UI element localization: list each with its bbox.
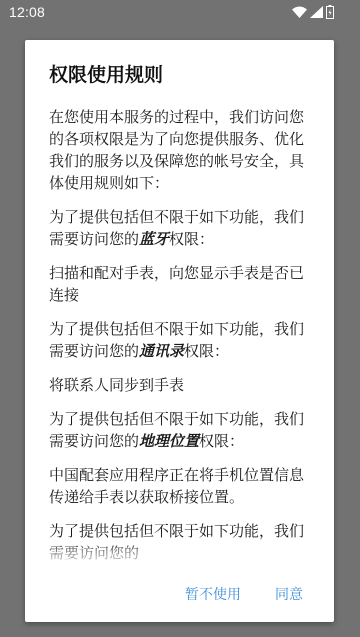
permission-description-location: 中国配套应用程序正在将手机位置信息传递给手表以获取桥接位置。 [49, 464, 315, 508]
permission-name: 蓝牙 [139, 230, 169, 248]
permission-request-contacts: 为了提供包括但不限于如下功能，我们需要访问您的通讯录权限： [49, 318, 315, 362]
intro-text: 在您使用本服务的过程中，我们访问您的各项权限是为了向您提供服务、优化我们的服务以… [49, 106, 315, 194]
status-time: 12:08 [9, 4, 45, 20]
signal-icon [310, 6, 323, 18]
permission-description-bluetooth: 扫描和配对手表，向您显示手表是否已连接 [49, 262, 315, 306]
permission-request-bluetooth: 为了提供包括但不限于如下功能，我们需要访问您的蓝牙权限： [49, 206, 315, 250]
permission-description-contacts: 将联系人同步到手表 [49, 374, 315, 396]
dialog-actions: 暂不使用 同意 [25, 576, 334, 608]
dialog-title: 权限使用规则 [49, 60, 163, 87]
scroll-fade [25, 540, 334, 580]
battery-charging-icon [326, 5, 334, 19]
wifi-icon [292, 6, 307, 18]
agree-button[interactable]: 同意 [275, 580, 303, 608]
permission-name: 通讯录 [139, 342, 184, 360]
dialog-content[interactable]: 在您使用本服务的过程中，我们访问您的各项权限是为了向您提供服务、优化我们的服务以… [49, 106, 315, 568]
decline-button[interactable]: 暂不使用 [185, 580, 241, 608]
permission-name: 地理位置 [139, 432, 199, 450]
status-bar: 12:08 [0, 0, 360, 26]
permission-request-location: 为了提供包括但不限于如下功能，我们需要访问您的地理位置权限： [49, 408, 315, 452]
status-icons [292, 5, 334, 19]
permission-dialog: 权限使用规则 在您使用本服务的过程中，我们访问您的各项权限是为了向您提供服务、优… [25, 40, 334, 622]
